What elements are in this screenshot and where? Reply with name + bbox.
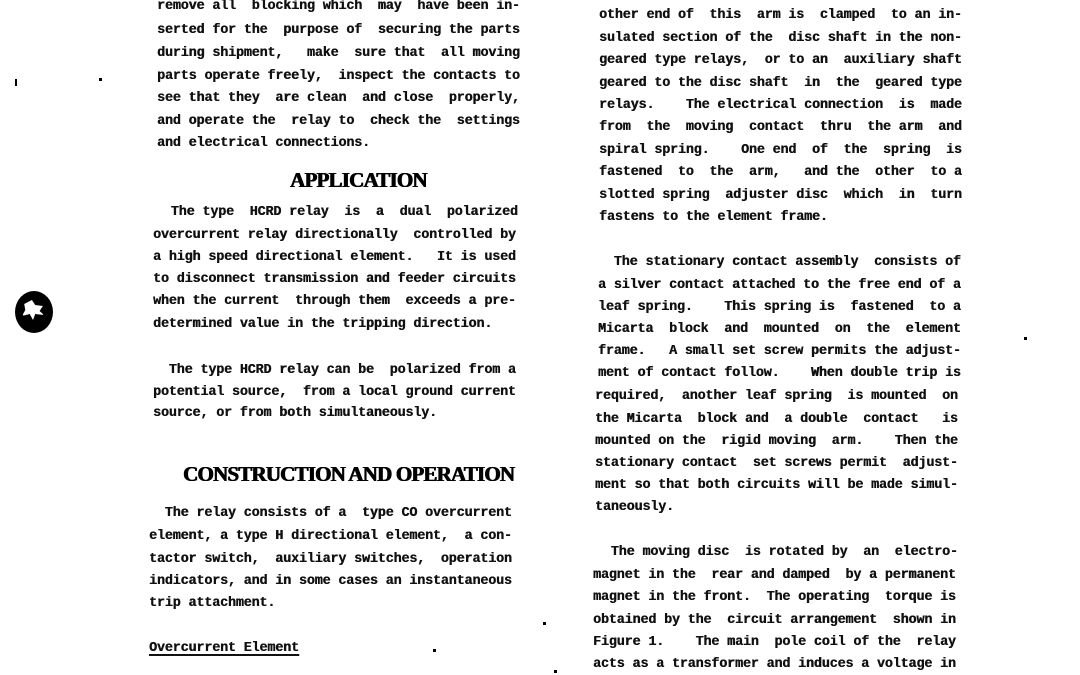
text-line: the Micarta block and a double contact i… [595,413,958,426]
text-line: a silver contact attached to the free en… [598,279,961,292]
text-line: ment of contact follow. When double trip… [598,367,961,380]
text-line: acts as a transformer and induces a volt… [593,658,956,671]
text-line: determined value in the tripping directi… [153,318,492,331]
text-line: relays. The electrical connection is mad… [599,99,962,112]
text-line: The type HCRD relay can be polarized fro… [153,364,516,377]
overcurrent-element-subheading: Overcurrent Element [149,642,299,655]
text-line: to disconnect transmission and feeder ci… [153,273,516,286]
text-line: geared to the disc shaft in the geared t… [599,77,962,90]
text-line: potential source, from a local ground cu… [153,386,516,399]
text-line: The moving disc is rotated by an electro… [595,546,958,559]
text-line: overcurrent relay directionally controll… [153,229,516,242]
scan-speck [543,622,546,625]
application-heading: APPLICATION [290,170,427,191]
text-line: obtained by the circuit arrangement show… [593,614,956,627]
text-line: stationary contact set screws permit adj… [595,457,958,470]
hole-punch-icon [15,291,53,333]
text-line: see that they are clean and close proper… [157,92,520,105]
text-line: The type HCRD relay is a dual polarized [155,206,518,219]
text-line: taneously. [595,501,674,514]
text-line: trip attachment. [149,597,275,610]
text-line: and electrical connections. [157,137,370,150]
text-line: mounted on the rigid moving arm. Then th… [595,435,958,448]
text-line: The stationary contact assembly consists… [598,256,961,269]
construction-heading: CONSTRUCTION AND OPERATION [183,464,514,485]
scan-speck [15,79,17,86]
text-line: fastens to the element frame. [599,211,828,224]
text-line: a high speed directional element. It is … [153,251,516,264]
text-line: element, a type H directional element, a… [149,530,512,543]
text-line: frame. A small set screw permits the adj… [598,345,961,358]
text-line: source, or from both simultaneously. [153,407,437,420]
text-line: leaf spring. This spring is fastened to … [598,301,961,314]
text-line: magnet in the rear and damped by a perma… [593,569,956,582]
text-line: magnet in the front. The operating torqu… [593,591,956,604]
scan-speck [433,649,436,652]
text-line: The relay consists of a type CO overcurr… [149,507,512,520]
text-line: Micarta block and mounted on the element [598,323,961,336]
text-line: required, another leaf spring is mounted… [595,390,958,403]
text-line: and operate the relay to check the setti… [157,115,520,128]
text-line: tactor switch, auxiliary switches, opera… [149,553,512,566]
text-line: indicators, and in some cases an instant… [149,575,512,588]
scanned-document-page: remove all blocking which may have been … [0,0,1080,675]
text-line: Figure 1. The main pole coil of the rela… [593,636,956,649]
text-line: geared type relays, or to an auxiliary s… [599,54,962,67]
text-line: when the current through them exceeds a … [153,295,516,308]
text-line: other end of this arm is clamped to an i… [599,9,962,22]
text-line: sulated section of the disc shaft in the… [599,32,962,45]
text-line: parts operate freely, inspect the contac… [157,70,520,83]
text-line: fastened to the arm, and the other to a [599,166,962,179]
scan-speck [554,670,557,673]
text-line: slotted spring adjuster disc which in tu… [599,189,962,202]
text-line: from the moving contact thru the arm and [599,121,962,134]
scan-speck [99,78,102,81]
text-line: spiral spring. One end of the spring is [599,144,962,157]
text-line: remove all blocking which may have been … [157,0,520,13]
text-line: serted for the purpose of securing the p… [157,24,520,37]
text-line: during shipment, make sure that all movi… [157,47,520,60]
scan-speck [1024,337,1027,340]
text-line: ment so that both circuits will be made … [595,479,958,492]
